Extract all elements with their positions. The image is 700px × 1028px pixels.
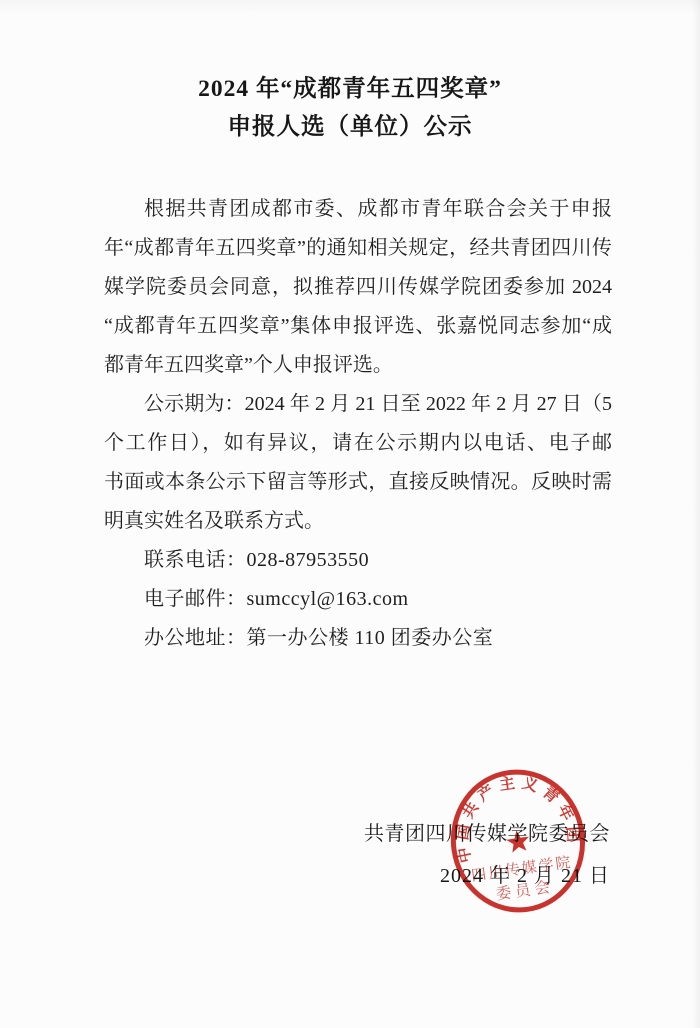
signature-date: 2024 年 2 月 21 日 [104,855,610,897]
body-line: 个工作日），如有异议，请在公示期内以电话、电子邮件、 [104,424,612,463]
contact-email: 电子邮件：sumccyl@163.com [104,580,612,619]
body-line: “成都青年五四奖章”集体申报评选、张嘉悦同志参加“成 [104,307,612,346]
title-line-1: 2024 年“成都青年五四奖章” [0,70,700,108]
signature-block: 共青团四川传媒学院委员会 2024 年 2 月 21 日 [104,813,612,897]
paragraph-publicity-period: 公示期为：2024 年 2 月 21 日至 2022 年 2 月 27 日（5 … [104,385,612,541]
body-line: 根据共青团成都市委、成都市青年联合会关于申报 2024 [104,190,612,229]
body-line: 媒学院委员会同意，拟推荐四川传媒学院团委参加 2024 年 [104,268,612,307]
body-line: 明真实姓名及联系方式。 [104,502,612,541]
body-line: 书面或本条公示下留言等形式，直接反映情况。反映时需注 [104,463,612,502]
document-title: 2024 年“成都青年五四奖章” 申报人选（单位）公示 [0,0,700,146]
document-body: 根据共青团成都市委、成都市青年联合会关于申报 2024 年“成都青年五四奖章”的… [104,190,612,897]
body-line: 都青年五四奖章”个人申报评选。 [104,346,612,385]
contact-phone: 联系电话：028-87953550 [104,541,612,580]
contact-address: 办公地址：第一办公楼 110 团委办公室 [104,619,612,658]
document-page: 2024 年“成都青年五四奖章” 申报人选（单位）公示 根据共青团成都市委、成都… [0,0,700,1028]
paragraph-recommendation: 根据共青团成都市委、成都市青年联合会关于申报 2024 年“成都青年五四奖章”的… [104,190,612,385]
body-line: 年“成都青年五四奖章”的通知相关规定，经共青团四川传 [104,229,612,268]
body-line: 公示期为：2024 年 2 月 21 日至 2022 年 2 月 27 日（5 [104,385,612,424]
title-line-2: 申报人选（单位）公示 [0,108,700,146]
signature-org: 共青团四川传媒学院委员会 [104,813,610,855]
